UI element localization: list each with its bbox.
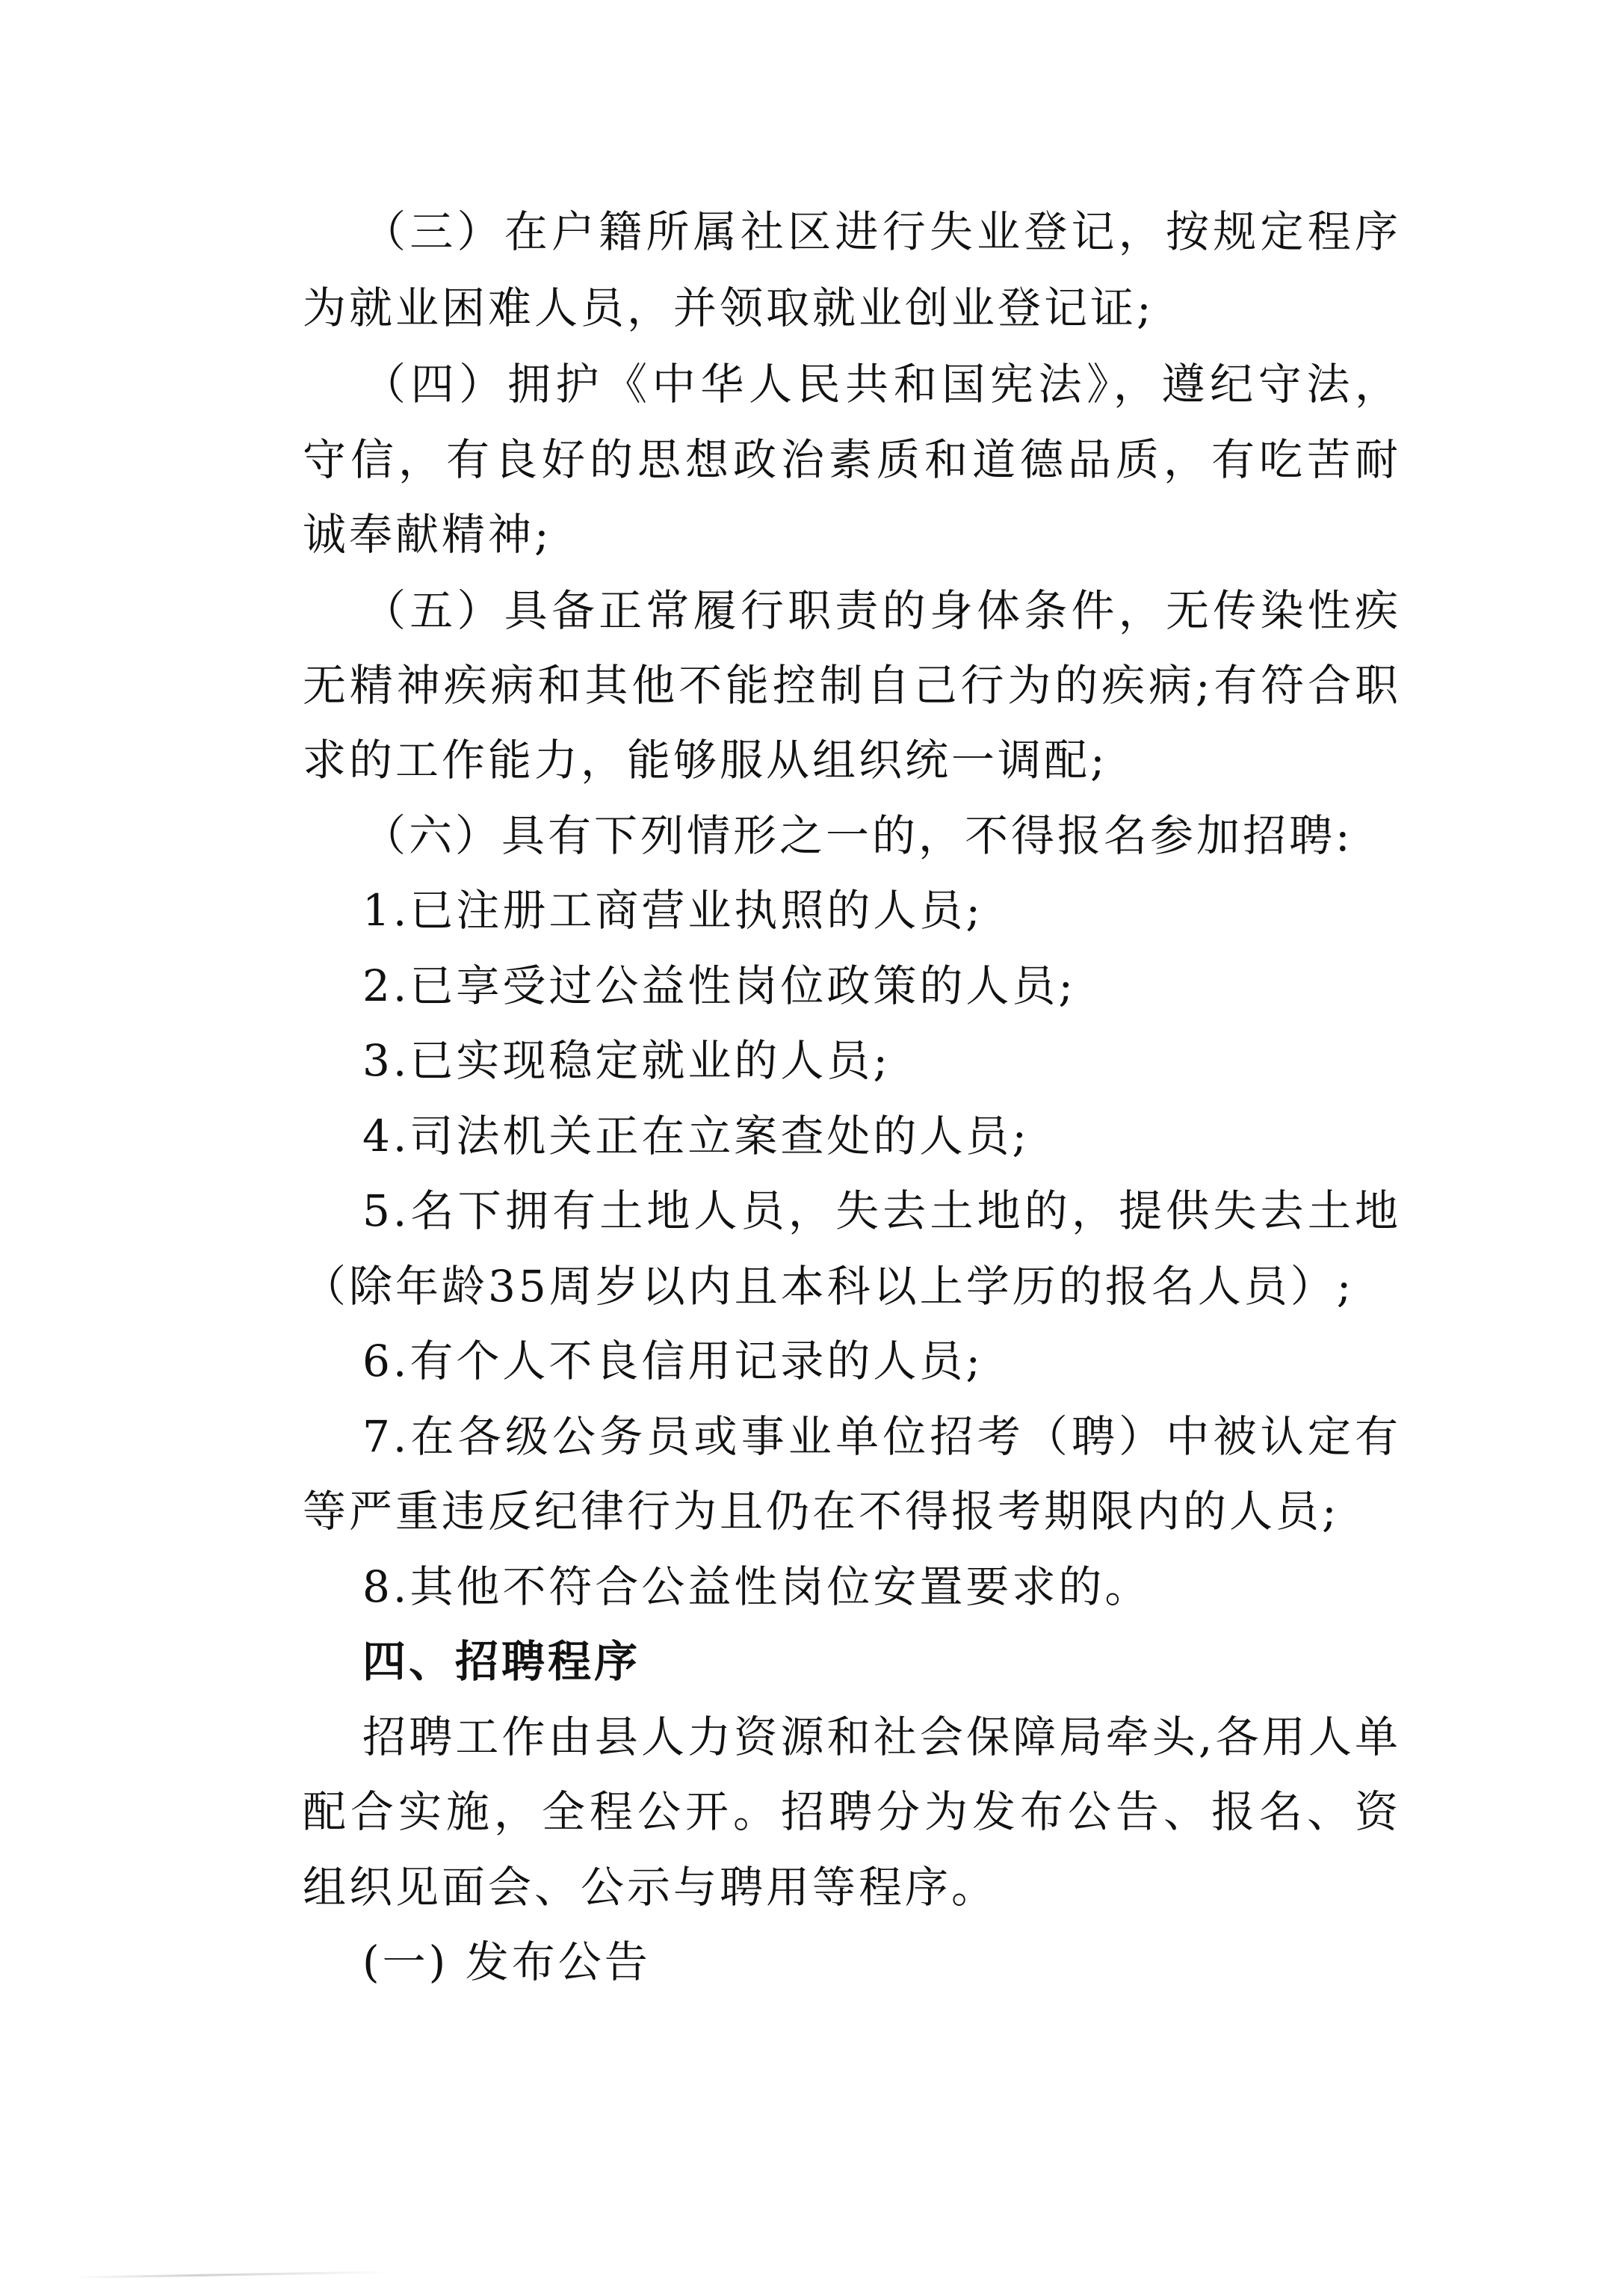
- paragraph-line-item-4-a: （四）拥护《中华人民共和国宪法》，遵纪守法，诚实: [362, 358, 1401, 410]
- paragraph-line-item-4-c: 诚奉献精神;: [303, 508, 1401, 561]
- paragraph-line-item-4-b: 守信，有良好的思想政治素质和道德品质，有吃苦耐劳和忠: [303, 433, 1401, 486]
- paragraph-line-item-5-a: （五）具备正常履行职责的身体条件，无传染性疾病，: [362, 584, 1401, 637]
- exclusion-item-6: 6.有个人不良信用记录的人员;: [362, 1335, 1461, 1387]
- exclusion-item-5-b: （除年龄35周岁以内且本科以上学历的报名人员）;: [303, 1260, 1401, 1312]
- paragraph-line-item-5-c: 求的工作能力，能够服从组织统一调配;: [303, 734, 1401, 786]
- exclusion-item-1: 1.已注册工商营业执照的人员;: [362, 884, 1461, 936]
- procedure-paragraph-line-c: 组织见面会、公示与聘用等程序。: [303, 1861, 1401, 1913]
- exclusion-item-8: 8.其他不符合公益性岗位安置要求的。: [362, 1561, 1461, 1613]
- exclusion-item-7-a: 7.在各级公务员或事业单位招考（聘）中被认定有舞弊: [362, 1410, 1401, 1463]
- procedure-paragraph-line-b: 配合实施，全程公开。招聘分为发布公告、报名、资格审查、: [303, 1786, 1401, 1838]
- exclusion-item-3: 3.已实现稳定就业的人员;: [362, 1034, 1461, 1087]
- paragraph-line-item-3-a: （三）在户籍所属社区进行失业登记，按规定程序认定: [362, 206, 1401, 258]
- paragraph-line-item-6: （六）具有下列情形之一的，不得报名参加招聘:: [362, 809, 1461, 862]
- document-page: （三）在户籍所属社区进行失业登记，按规定程序认定 为就业困难人员，并领取就业创业…: [0, 0, 1623, 2296]
- exclusion-item-5-a: 5.名下拥有土地人员，失去土地的，提供失去土地证明: [362, 1185, 1401, 1237]
- exclusion-item-7-b: 等严重违反纪律行为且仍在不得报考期限内的人员;: [303, 1485, 1401, 1537]
- exclusion-item-2: 2.已享受过公益性岗位政策的人员;: [362, 960, 1461, 1012]
- procedure-paragraph-line-a: 招聘工作由县人力资源和社会保障局牵头,各用人单位: [362, 1711, 1401, 1763]
- paragraph-line-item-3-b: 为就业困难人员，并领取就业创业登记证;: [303, 282, 1401, 334]
- scan-artifact: [75, 2271, 389, 2278]
- section-heading-procedure: 四、招聘程序: [362, 1635, 1461, 1688]
- exclusion-item-4: 4.司法机关正在立案查处的人员;: [362, 1110, 1461, 1162]
- paragraph-line-item-5-b: 无精神疾病和其他不能控制自己行为的疾病;有符合职位要: [303, 659, 1401, 712]
- subsection-heading-announcement: (一) 发布公告: [362, 1936, 1461, 1988]
